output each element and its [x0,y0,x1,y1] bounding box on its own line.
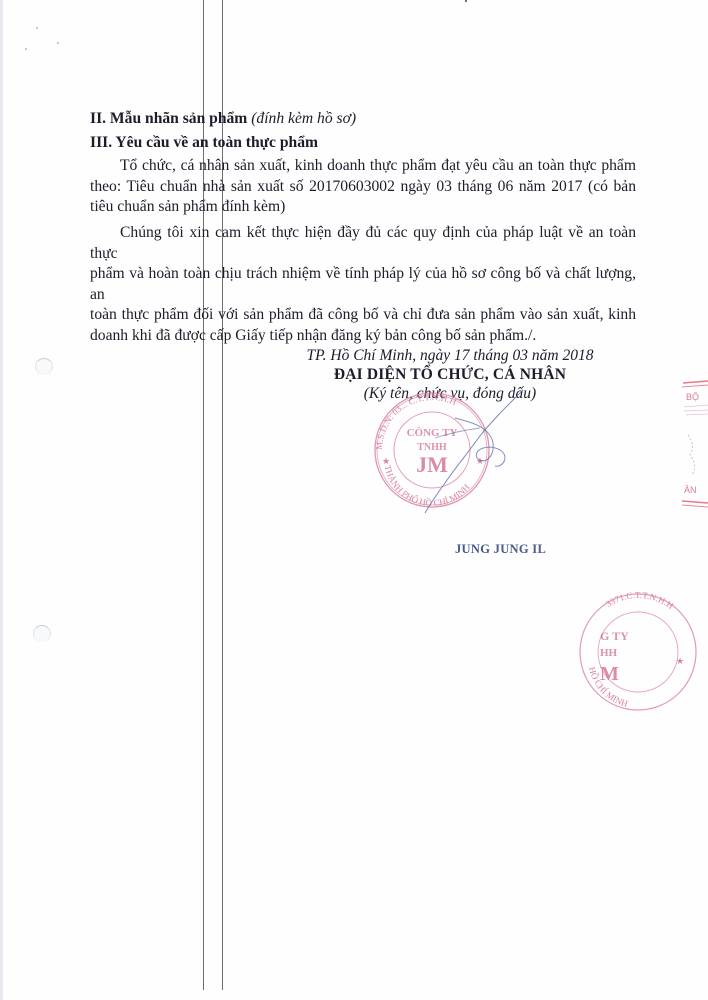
svg-text:★: ★ [382,456,390,466]
svg-text:M: M [600,663,619,685]
section-iii-heading: III. Yêu cầu về an toàn thực phẩm [90,134,318,152]
section-ii-heading: II. Mẫu nhãn sản phẩm (đính kèm hồ sơ) [90,110,356,128]
scan-speck [25,48,27,50]
paragraph-line: tiêu chuẩn sản phẩm đính kèm) [90,197,636,218]
punch-hole [35,358,53,375]
page-edge [0,0,3,1000]
svg-text:HH: HH [600,647,618,659]
section-ii-note: (đính kèm hồ sơ) [251,110,356,127]
scan-speck [465,0,467,2]
section-iii-paragraph: Tổ chức, cá nhân sản xuất, kinh doanh th… [90,156,636,218]
commitment-paragraph: Chúng tôi xin cam kết thực hiện đầy đủ c… [90,223,636,346]
svg-text:ÂN: ÂN [684,485,697,495]
scan-speck [57,42,59,44]
partial-company-stamp: 3371.C.T.T.N.H.H HỒ CHÍ MINH ★ G TY HH M [578,590,708,715]
paragraph-line: theo: Tiêu chuẩn nhà sản xuất số 2017060… [90,177,636,198]
scan-speck [36,27,38,29]
partial-seal: BỘ ÂN [678,375,708,515]
handwritten-signature [395,388,535,518]
punch-hole [33,625,51,642]
paragraph-line: toàn thực phẩm đối với sản phẩm đã công … [90,305,636,326]
place-and-date: TP. Hồ Chí Minh, ngày 17 tháng 03 năm 20… [290,347,610,365]
paragraph-line: Chúng tôi xin cam kết thực hiện đầy đủ c… [90,223,636,264]
section-ii-title: II. Mẫu nhãn sản phẩm [90,110,247,127]
paragraph-line: doanh khi đã được cấp Giấy tiếp nhận đăn… [90,326,636,347]
representative-title: ĐẠI DIỆN TỔ CHỨC, CÁ NHÂN [290,366,610,384]
svg-text:3371.C.T.T.N.H.H: 3371.C.T.T.N.H.H [604,590,676,611]
paragraph-line: phẩm và hoàn toàn chịu trách nhiệm về tí… [90,264,636,305]
svg-text:BỘ: BỘ [686,392,699,402]
svg-text:★: ★ [676,656,684,666]
signer-name: JUNG JUNG IL [455,542,546,557]
svg-text:G TY: G TY [600,629,629,643]
paragraph-line: Tổ chức, cá nhân sản xuất, kinh doanh th… [90,156,636,177]
